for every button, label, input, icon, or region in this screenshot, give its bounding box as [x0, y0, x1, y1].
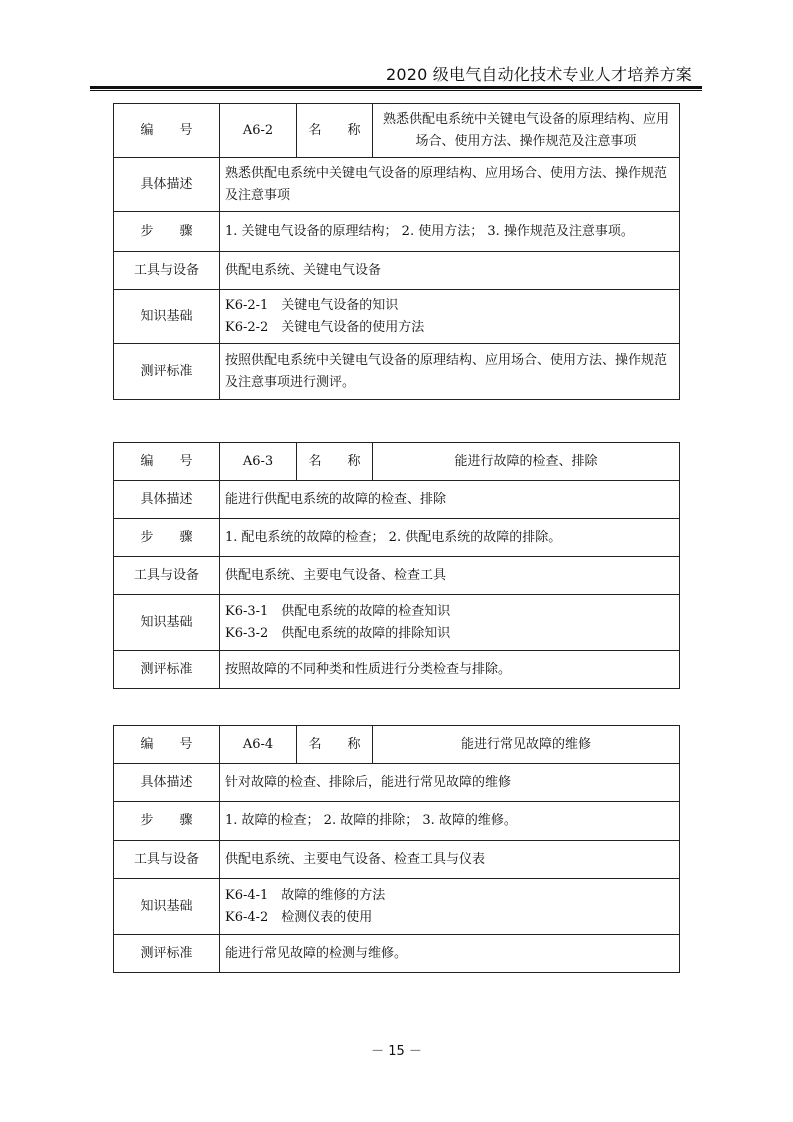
steps-label: 步 骤	[114, 802, 220, 841]
name-value: 熟悉供配电系统中关键电气设备的原理结构、应用场合、使用方法、操作规范及注意事项	[373, 104, 680, 158]
evaluation-value: 按照故障的不同种类和性质进行分类检查与排除。	[220, 651, 680, 689]
page-number: － 15 －	[0, 1040, 793, 1059]
header-row: 编 号 A6-2 名 称 熟悉供配电系统中关键电气设备的原理结构、应用场合、使用…	[114, 104, 680, 158]
steps-value: 1. 配电系统的故障的检查； 2. 供配电系统的故障的排除。	[220, 519, 680, 557]
code-value: A6-4	[220, 726, 297, 764]
description-label: 具体描述	[114, 481, 220, 519]
description-value: 熟悉供配电系统中关键电气设备的原理结构、应用场合、使用方法、操作规范及注意事项	[220, 158, 680, 212]
knowledge-value: K6-4-1 故障的维修的方法 K6-4-2 检测仪表的使用	[220, 879, 680, 935]
description-value: 针对故障的检查、排除后，能进行常见故障的维修	[220, 764, 680, 802]
task-card-a6-2: 编 号 A6-2 名 称 熟悉供配电系统中关键电气设备的原理结构、应用场合、使用…	[113, 103, 680, 400]
evaluation-row: 测评标准 能进行常见故障的检测与维修。	[114, 935, 680, 973]
tools-row: 工具与设备 供配电系统、主要电气设备、检查工具	[114, 557, 680, 595]
knowledge-item: K6-2-1 关键电气设备的知识	[225, 295, 674, 317]
knowledge-item: K6-4-1 故障的维修的方法	[225, 885, 674, 907]
steps-value: 1. 关键电气设备的原理结构； 2. 使用方法； 3. 操作规范及注意事项。	[220, 212, 680, 252]
evaluation-value: 能进行常见故障的检测与维修。	[220, 935, 680, 973]
evaluation-label: 测评标准	[114, 344, 220, 400]
name-label: 名 称	[297, 104, 373, 158]
header-row: 编 号 A6-3 名 称 能进行故障的检查、排除	[114, 443, 680, 481]
knowledge-item: K6-3-1 供配电系统的故障的检查知识	[225, 601, 674, 623]
code-value: A6-2	[220, 104, 297, 158]
name-value: 能进行常见故障的维修	[373, 726, 680, 764]
tools-value: 供配电系统、主要电气设备、检查工具	[220, 557, 680, 595]
knowledge-value: K6-3-1 供配电系统的故障的检查知识 K6-3-2 供配电系统的故障的排除知…	[220, 595, 680, 651]
steps-row: 步 骤 1. 关键电气设备的原理结构； 2. 使用方法； 3. 操作规范及注意事…	[114, 212, 680, 252]
document-title: 2020 级电气自动化技术专业人才培养方案	[386, 62, 692, 85]
knowledge-label: 知识基础	[114, 290, 220, 344]
evaluation-label: 测评标准	[114, 651, 220, 689]
description-row: 具体描述 能进行供配电系统的故障的检查、排除	[114, 481, 680, 519]
knowledge-row: 知识基础 K6-4-1 故障的维修的方法 K6-4-2 检测仪表的使用	[114, 879, 680, 935]
steps-value: 1. 故障的检查； 2. 故障的排除； 3. 故障的维修。	[220, 802, 680, 841]
description-value: 能进行供配电系统的故障的检查、排除	[220, 481, 680, 519]
knowledge-item: K6-3-2 供配电系统的故障的排除知识	[225, 623, 674, 645]
steps-label: 步 骤	[114, 212, 220, 252]
evaluation-row: 测评标准 按照供配电系统中关键电气设备的原理结构、应用场合、使用方法、操作规范及…	[114, 344, 680, 400]
tools-label: 工具与设备	[114, 252, 220, 290]
knowledge-value: K6-2-1 关键电气设备的知识 K6-2-2 关键电气设备的使用方法	[220, 290, 680, 344]
knowledge-label: 知识基础	[114, 879, 220, 935]
knowledge-item: K6-2-2 关键电气设备的使用方法	[225, 317, 674, 339]
knowledge-item: K6-4-2 检测仪表的使用	[225, 907, 674, 929]
code-label: 编 号	[114, 104, 220, 158]
description-row: 具体描述 熟悉供配电系统中关键电气设备的原理结构、应用场合、使用方法、操作规范及…	[114, 158, 680, 212]
tools-row: 工具与设备 供配电系统、主要电气设备、检查工具与仪表	[114, 841, 680, 879]
code-label: 编 号	[114, 726, 220, 764]
code-label: 编 号	[114, 443, 220, 481]
header-divider	[90, 86, 702, 91]
description-label: 具体描述	[114, 158, 220, 212]
name-label: 名 称	[297, 443, 373, 481]
task-card-a6-3: 编 号 A6-3 名 称 能进行故障的检查、排除 具体描述 能进行供配电系统的故…	[113, 442, 680, 689]
tools-value: 供配电系统、关键电气设备	[220, 252, 680, 290]
header-row: 编 号 A6-4 名 称 能进行常见故障的维修	[114, 726, 680, 764]
steps-label: 步 骤	[114, 519, 220, 557]
code-value: A6-3	[220, 443, 297, 481]
tools-label: 工具与设备	[114, 557, 220, 595]
name-value: 能进行故障的检查、排除	[373, 443, 680, 481]
name-label: 名 称	[297, 726, 373, 764]
evaluation-value: 按照供配电系统中关键电气设备的原理结构、应用场合、使用方法、操作规范及注意事项进…	[220, 344, 680, 400]
tools-value: 供配电系统、主要电气设备、检查工具与仪表	[220, 841, 680, 879]
knowledge-row: 知识基础 K6-3-1 供配电系统的故障的检查知识 K6-3-2 供配电系统的故…	[114, 595, 680, 651]
description-label: 具体描述	[114, 764, 220, 802]
evaluation-row: 测评标准 按照故障的不同种类和性质进行分类检查与排除。	[114, 651, 680, 689]
knowledge-label: 知识基础	[114, 595, 220, 651]
steps-row: 步 骤 1. 配电系统的故障的检查； 2. 供配电系统的故障的排除。	[114, 519, 680, 557]
knowledge-row: 知识基础 K6-2-1 关键电气设备的知识 K6-2-2 关键电气设备的使用方法	[114, 290, 680, 344]
tools-row: 工具与设备 供配电系统、关键电气设备	[114, 252, 680, 290]
evaluation-label: 测评标准	[114, 935, 220, 973]
steps-row: 步 骤 1. 故障的检查； 2. 故障的排除； 3. 故障的维修。	[114, 802, 680, 841]
description-row: 具体描述 针对故障的检查、排除后，能进行常见故障的维修	[114, 764, 680, 802]
tools-label: 工具与设备	[114, 841, 220, 879]
task-card-a6-4: 编 号 A6-4 名 称 能进行常见故障的维修 具体描述 针对故障的检查、排除后…	[113, 725, 680, 973]
